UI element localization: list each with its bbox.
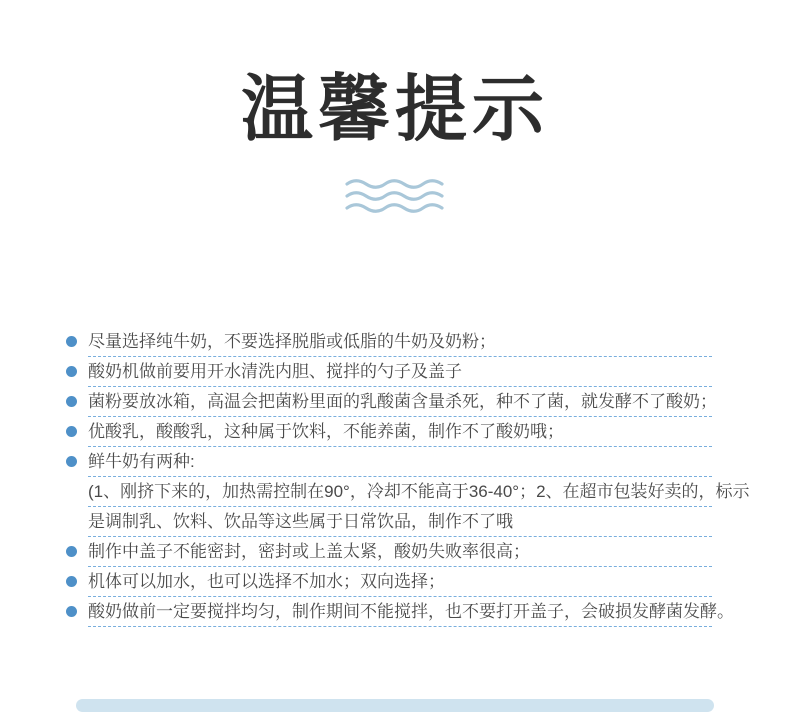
tip-item: 优酸乳，酸酸乳，这种属于饮料，不能养菌，制作不了酸奶哦； bbox=[88, 422, 712, 447]
tip-item: 酸奶做前一定要搅拌均匀，制作期间不能搅拌，也不要打开盖子，会破损发酵菌发酵。 bbox=[88, 602, 712, 627]
tip-text: 机体可以加水，也可以选择不加水；双向选择； bbox=[88, 572, 445, 591]
bullet-dot-icon bbox=[66, 456, 77, 467]
tip-text: 菌粉要放冰箱，高温会把菌粉里面的乳酸菌含量杀死，种不了菌，就发酵不了酸奶； bbox=[88, 392, 717, 411]
tip-item: 是调制乳、饮料、饮品等这些属于日常饮品，制作不了哦 bbox=[88, 512, 712, 537]
tip-text: 酸奶做前一定要搅拌均匀，制作期间不能搅拌，也不要打开盖子，会破损发酵菌发酵。 bbox=[88, 602, 734, 621]
bullet-dot-icon bbox=[66, 426, 77, 437]
tip-text: 酸奶机做前要用开水清洗内胆、搅拌的勺子及盖子 bbox=[88, 362, 462, 381]
tip-item: 制作中盖子不能密封，密封或上盖太紧，酸奶失败率很高； bbox=[88, 542, 712, 567]
tip-item: 菌粉要放冰箱，高温会把菌粉里面的乳酸菌含量杀死，种不了菌，就发酵不了酸奶； bbox=[88, 392, 712, 417]
wave-icon bbox=[344, 177, 446, 217]
tip-text: (1、刚挤下来的，加热需控制在90°，冷却不能高于36-40°；2、在超市包装好… bbox=[88, 482, 750, 501]
bullet-dot-icon bbox=[66, 336, 77, 347]
tip-text: 制作中盖子不能密封，密封或上盖太紧，酸奶失败率很高； bbox=[88, 542, 530, 561]
wave-decoration bbox=[0, 177, 790, 222]
bullet-dot-icon bbox=[66, 546, 77, 557]
tip-item: 机体可以加水，也可以选择不加水；双向选择； bbox=[88, 572, 712, 597]
page-title: 温馨提示 bbox=[0, 66, 790, 154]
bottom-decorative-bar bbox=[76, 699, 714, 712]
bullet-dot-icon bbox=[66, 396, 77, 407]
bullet-dot-icon bbox=[66, 576, 77, 587]
bullet-dot-icon bbox=[66, 606, 77, 617]
tips-list: 尽量选择纯牛奶，不要选择脱脂或低脂的牛奶及奶粉； 酸奶机做前要用开水清洗内胆、搅… bbox=[88, 332, 712, 632]
tip-item: 酸奶机做前要用开水清洗内胆、搅拌的勺子及盖子 bbox=[88, 362, 712, 387]
bullet-dot-icon bbox=[66, 366, 77, 377]
tip-text: 是调制乳、饮料、饮品等这些属于日常饮品，制作不了哦 bbox=[88, 512, 513, 531]
tip-text: 鲜牛奶有两种: bbox=[88, 452, 195, 471]
tip-item: 尽量选择纯牛奶，不要选择脱脂或低脂的牛奶及奶粉； bbox=[88, 332, 712, 357]
tip-item: (1、刚挤下来的，加热需控制在90°，冷却不能高于36-40°；2、在超市包装好… bbox=[88, 482, 712, 507]
tip-text: 尽量选择纯牛奶，不要选择脱脂或低脂的牛奶及奶粉； bbox=[88, 332, 496, 351]
tip-item: 鲜牛奶有两种: bbox=[88, 452, 712, 477]
tip-text: 优酸乳，酸酸乳，这种属于饮料，不能养菌，制作不了酸奶哦； bbox=[88, 422, 564, 441]
